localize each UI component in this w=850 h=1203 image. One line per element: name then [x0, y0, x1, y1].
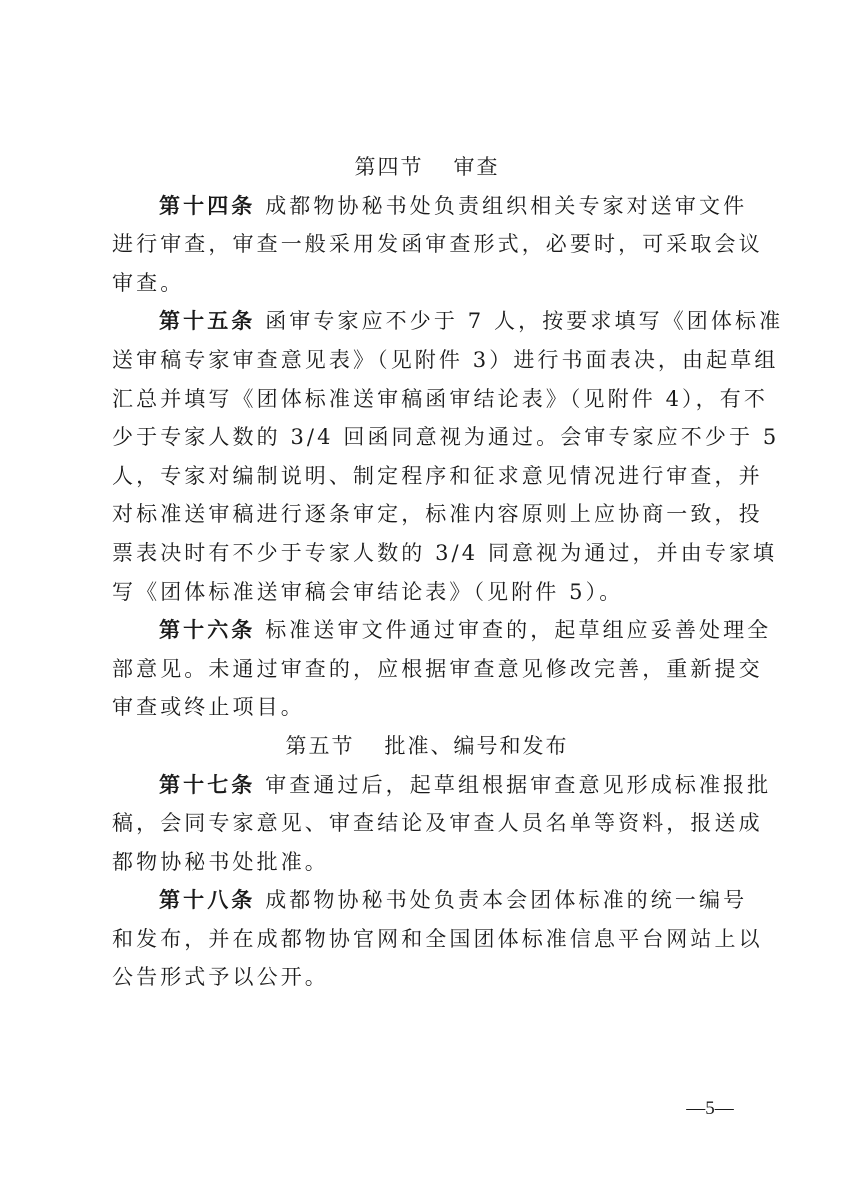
section-number: 第四节 — [355, 155, 424, 179]
article-line: 人，专家对编制说明、制定程序和征求意见情况进行审查，并 — [112, 457, 742, 496]
section-title: 批准、编号和发布 — [385, 734, 569, 758]
article-label: 第十五条 — [159, 308, 255, 333]
article-line: 写《团体标准送审稿会审结论表》（见附件 5）。 — [112, 573, 742, 612]
section-number: 第五节 — [286, 734, 355, 758]
article-line: 第十六条 标准送审文件通过审查的，起草组应妥善处理全 — [112, 611, 742, 650]
article-label: 第十七条 — [159, 772, 255, 797]
article-line: 送审稿专家审查意见表》（见附件 3）进行书面表决，由起草组 — [112, 341, 742, 380]
article-line: 公告形式予以公开。 — [112, 958, 742, 997]
document-body: 第四节审查 第十四条 成都物协秘书处负责组织相关专家对送审文件 进行审查，审查一… — [112, 148, 742, 997]
article-line: 第十八条 成都物协秘书处负责本会团体标准的统一编号 — [112, 881, 742, 920]
article-line: 汇总并填写《团体标准送审稿函审结论表》（见附件 4），有不 — [112, 380, 742, 419]
document-page: 第四节审查 第十四条 成都物协秘书处负责组织相关专家对送审文件 进行审查，审查一… — [0, 0, 850, 1203]
article-line: 对标准送审稿进行逐条审定，标准内容原则上应协商一致，投 — [112, 495, 742, 534]
section-heading-4: 第四节审查 — [112, 148, 742, 187]
article-line: 都物协秘书处批准。 — [112, 843, 742, 882]
article-17: 第十七条 审查通过后，起草组根据审查意见形成标准报批 稿，会同专家意见、审查结论… — [112, 766, 742, 882]
article-label: 第十六条 — [159, 617, 255, 642]
page-number: —5— — [660, 1098, 760, 1120]
section-title: 审查 — [454, 155, 500, 179]
article-line: 第十七条 审查通过后，起草组根据审查意见形成标准报批 — [112, 766, 742, 805]
article-line: 审查。 — [112, 264, 742, 303]
section-heading-5: 第五节批准、编号和发布 — [112, 727, 742, 766]
article-label: 第十四条 — [159, 193, 255, 218]
article-line: 进行审查，审查一般采用发函审查形式，必要时，可采取会议 — [112, 225, 742, 264]
article-line: 稿，会同专家意见、审查结论及审查人员名单等资料，报送成 — [112, 804, 742, 843]
article-18: 第十八条 成都物协秘书处负责本会团体标准的统一编号 和发布，并在成都物协官网和全… — [112, 881, 742, 997]
article-14: 第十四条 成都物协秘书处负责组织相关专家对送审文件 进行审查，审查一般采用发函审… — [112, 187, 742, 303]
article-line: 第十四条 成都物协秘书处负责组织相关专家对送审文件 — [112, 187, 742, 226]
article-line: 票表决时有不少于专家人数的 3/4 同意视为通过，并由专家填 — [112, 534, 742, 573]
article-line: 和发布，并在成都物协官网和全国团体标准信息平台网站上以 — [112, 920, 742, 959]
article-line: 少于专家人数的 3/4 回函同意视为通过。会审专家应不少于 5 — [112, 418, 742, 457]
article-16: 第十六条 标准送审文件通过审查的，起草组应妥善处理全 部意见。未通过审查的，应根… — [112, 611, 742, 727]
article-label: 第十八条 — [159, 887, 255, 912]
article-15: 第十五条 函审专家应不少于 7 人，按要求填写《团体标准 送审稿专家审查意见表》… — [112, 302, 742, 611]
article-line: 审查或终止项目。 — [112, 688, 742, 727]
article-line: 部意见。未通过审查的，应根据审查意见修改完善，重新提交 — [112, 650, 742, 689]
article-line: 第十五条 函审专家应不少于 7 人，按要求填写《团体标准 — [112, 302, 742, 341]
